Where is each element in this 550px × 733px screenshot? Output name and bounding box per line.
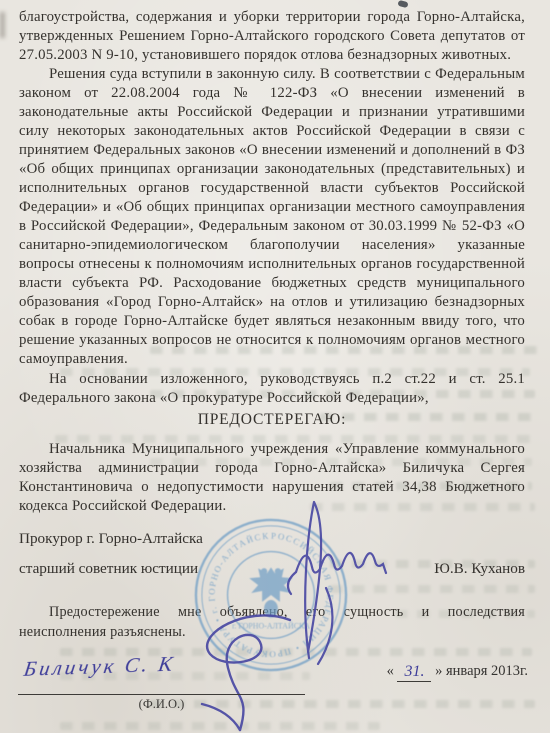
scanned-document-page: благоустройства, содержания и уборки тер… xyxy=(0,0,550,733)
scan-speck xyxy=(397,0,408,8)
signee-flourish-signature xyxy=(178,608,313,733)
prosecutor-rank: старший советник юстиции xyxy=(19,559,198,578)
handwritten-date-day: 31. xyxy=(397,663,431,682)
prosecutor-name: Ю.В. Куханов xyxy=(434,559,525,578)
scan-smudge xyxy=(0,12,5,38)
date-open-quote: « xyxy=(387,663,394,679)
paragraph-continuation: благоустройства, содержания и уборки тер… xyxy=(19,8,525,65)
date-rest: » января 2013г. xyxy=(435,663,528,679)
warning-heading: ПРЕДОСТЕРЕГАЮ: xyxy=(19,411,525,429)
fio-label: (Ф.И.О.) xyxy=(18,697,305,712)
paragraph-court-decisions: Решения суда вступили в законную силу. В… xyxy=(19,65,525,369)
date-row: « 31. » января 2013г. xyxy=(387,662,528,681)
signature-line xyxy=(18,694,305,695)
paragraph-legal-basis: На основании изложенного, руководствуясь… xyxy=(19,370,525,408)
